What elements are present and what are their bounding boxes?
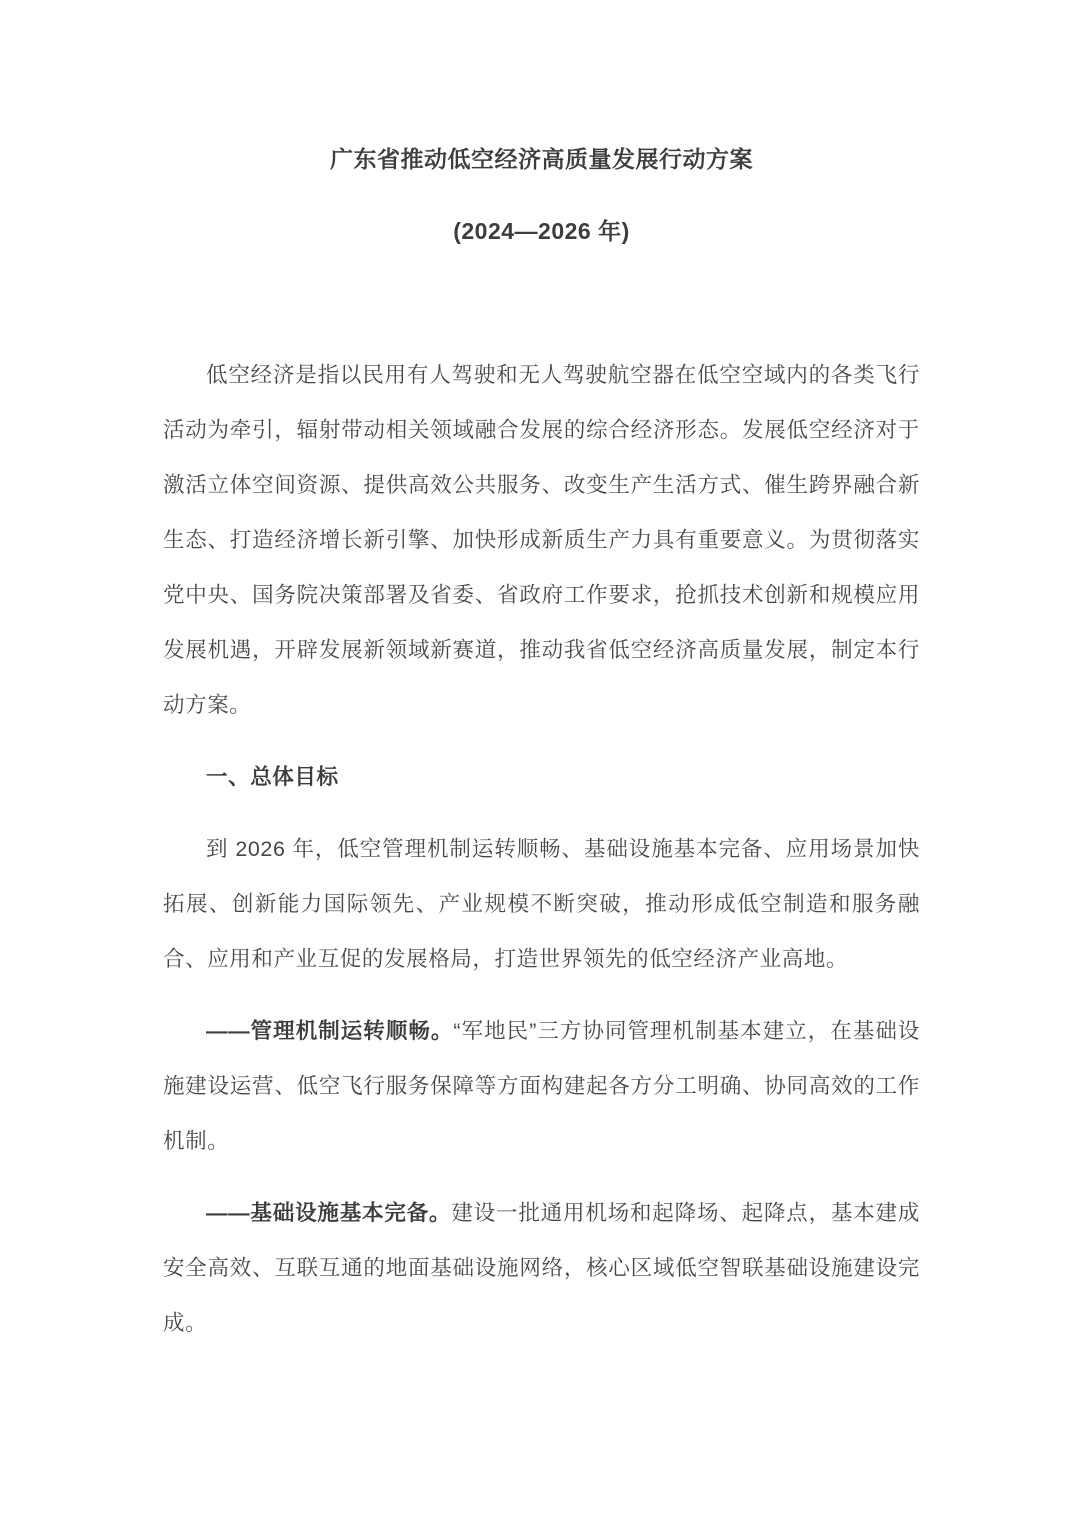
bullet-infrastructure: ——基础设施基本完备。建设一批通用机场和起降场、起降点，基本建成安全高效、互联互… (163, 1186, 920, 1351)
paragraph-goal-2026: 到 2026 年，低空管理机制运转顺畅、基础设施基本完备、应用场景加快拓展、创新… (163, 822, 920, 987)
document-subtitle: (2024—2026 年) (163, 204, 920, 259)
document-title: 广东省推动低空经济高质量发展行动方案 (163, 132, 920, 187)
document-page: 广东省推动低空经济高质量发展行动方案 (2024—2026 年) 低空经济是指以… (0, 0, 1080, 1527)
paragraph-intro: 低空经济是指以民用有人驾驶和无人驾驶航空器在低空空域内的各类飞行活动为牵引，辐射… (163, 348, 920, 733)
document-body: 低空经济是指以民用有人驾驶和无人驾驶航空器在低空空域内的各类飞行活动为牵引，辐射… (163, 348, 920, 1351)
bullet-infrastructure-lead: ——基础设施基本完备。 (206, 1201, 451, 1225)
bullet-management-mechanism: ——管理机制运转顺畅。“军地民”三方协同管理机制基本建立，在基础设施建设运营、低… (163, 1004, 920, 1169)
section-heading-overall-goals: 一、总体目标 (163, 750, 920, 805)
bullet-management-lead: ——管理机制运转顺畅。 (206, 1019, 453, 1043)
